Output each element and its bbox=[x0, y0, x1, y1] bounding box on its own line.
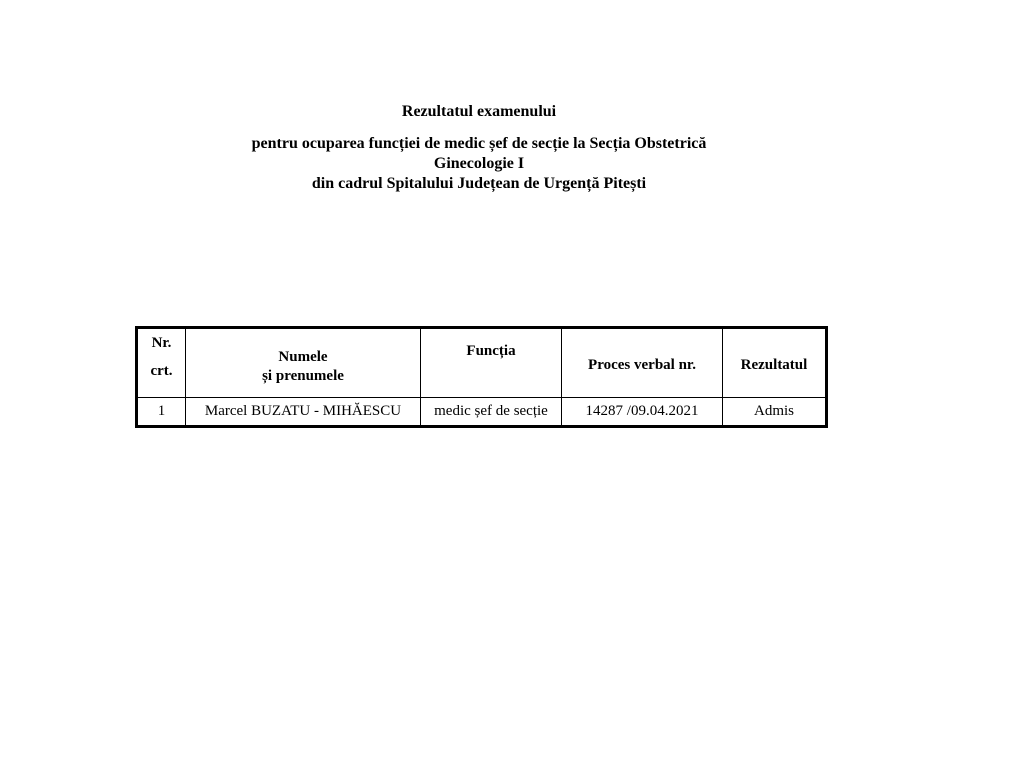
table-header-row: Nr. crt. Numele și prenumele Funcția Pro… bbox=[137, 328, 827, 398]
header-nr-crt: Nr. crt. bbox=[137, 328, 186, 398]
document-title: Rezultatul examenului bbox=[0, 102, 958, 122]
cell-result: Admis bbox=[723, 398, 827, 427]
cell-report: 14287 /09.04.2021 bbox=[562, 398, 723, 427]
header-name-line1: Numele bbox=[186, 348, 420, 367]
subtitle-line-2: Ginecologie I bbox=[0, 154, 958, 174]
header-result: Rezultatul bbox=[723, 328, 827, 398]
header-function: Funcția bbox=[421, 328, 562, 398]
cell-name: Marcel BUZATU - MIHĂESCU bbox=[186, 398, 421, 427]
header-report: Proces verbal nr. bbox=[562, 328, 723, 398]
cell-function: medic șef de secție bbox=[421, 398, 562, 427]
results-table: Nr. crt. Numele și prenumele Funcția Pro… bbox=[135, 326, 828, 428]
header-name-line2: și prenumele bbox=[186, 367, 420, 386]
table-row: 1 Marcel BUZATU - MIHĂESCU medic șef de … bbox=[137, 398, 827, 427]
cell-nr: 1 bbox=[137, 398, 186, 427]
header-nr-line1: Nr. bbox=[138, 329, 185, 357]
header-name: Numele și prenumele bbox=[186, 328, 421, 398]
subtitle-line-3: din cadrul Spitalului Județean de Urgenț… bbox=[0, 174, 958, 194]
subtitle-line-1: pentru ocuparea funcției de medic șef de… bbox=[0, 134, 958, 154]
document-subtitle: pentru ocuparea funcției de medic șef de… bbox=[0, 134, 958, 194]
header-nr-line2: crt. bbox=[138, 357, 185, 385]
